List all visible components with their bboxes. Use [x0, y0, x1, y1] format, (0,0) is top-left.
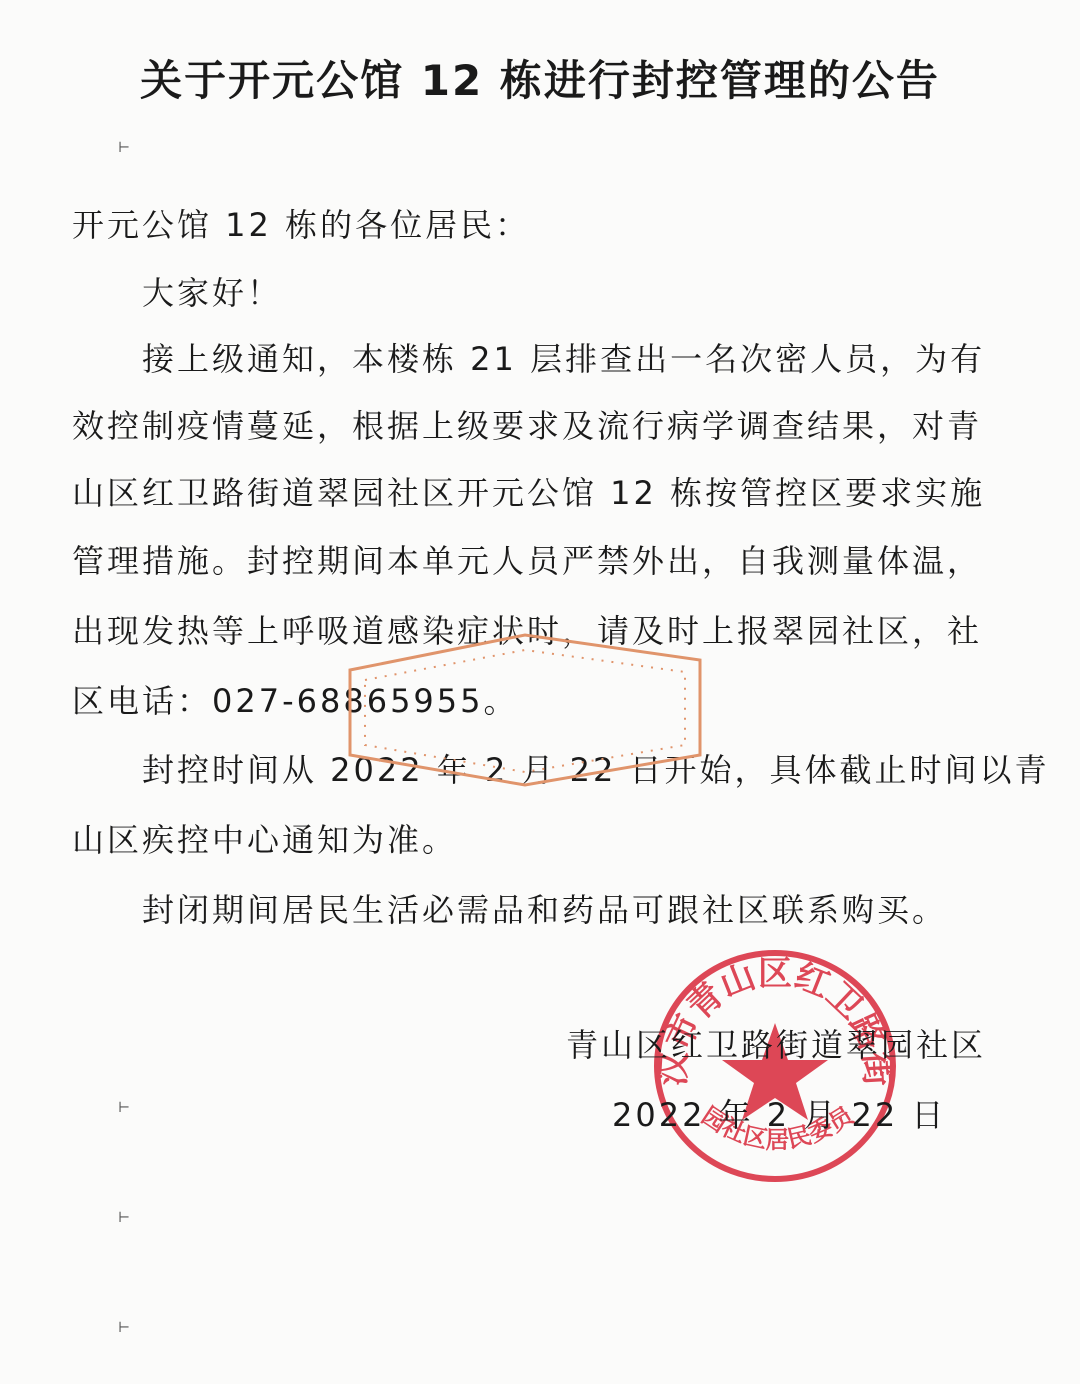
margin-mark: ⊢	[118, 1320, 130, 1336]
paragraph-1-line-4: 管理措施。封控期间本单元人员严禁外出，自我测量体温，	[72, 536, 982, 582]
signature-organization: 青山区红卫路街道翠园社区	[566, 1020, 986, 1066]
paragraph-1-line-1: 接上级通知，本楼栋 21 层排查出一名次密人员，为有	[142, 334, 985, 380]
official-stamp-icon: 武汉市青山区红卫路街道 翠园社区居民委员会	[650, 948, 900, 1184]
paragraph-1-line-2: 效控制疫情蔓延，根据上级要求及流行病学调查结果，对青	[72, 401, 982, 447]
paragraph-2-line-2: 山区疾控中心通知为准。	[72, 815, 457, 861]
paragraph-3: 封闭期间居民生活必需品和药品可跟社区联系购买。	[142, 885, 947, 931]
document-title: 关于开元公馆 12 栋进行封控管理的公告	[0, 48, 1080, 108]
salutation: 开元公馆 12 栋的各位居民：	[72, 200, 530, 246]
paragraph-2-line-1: 封控时间从 2022 年 2 月 22 日开始，具体截止时间以青	[142, 745, 1050, 791]
signature-date: 2022 年 2 月 22 日	[612, 1090, 946, 1136]
margin-mark: ⊢	[118, 1210, 130, 1226]
svg-text:武汉市青山区红卫路街道: 武汉市青山区红卫路街道	[650, 948, 897, 1087]
greeting: 大家好！	[142, 268, 282, 314]
margin-mark: ⊢	[118, 1100, 130, 1116]
notice-document: 关于开元公馆 12 栋进行封控管理的公告 开元公馆 12 栋的各位居民： 大家好…	[0, 0, 1080, 1384]
paragraph-1-line-6: 区电话：027-68865955。	[72, 676, 519, 722]
paragraph-1-line-3: 山区红卫路街道翠园社区开元公馆 12 栋按管控区要求实施	[72, 468, 985, 514]
paragraph-1-line-5: 出现发热等上呼吸道感染症状时，请及时上报翠园社区，社	[72, 606, 982, 652]
margin-mark: ⊢	[118, 140, 130, 156]
